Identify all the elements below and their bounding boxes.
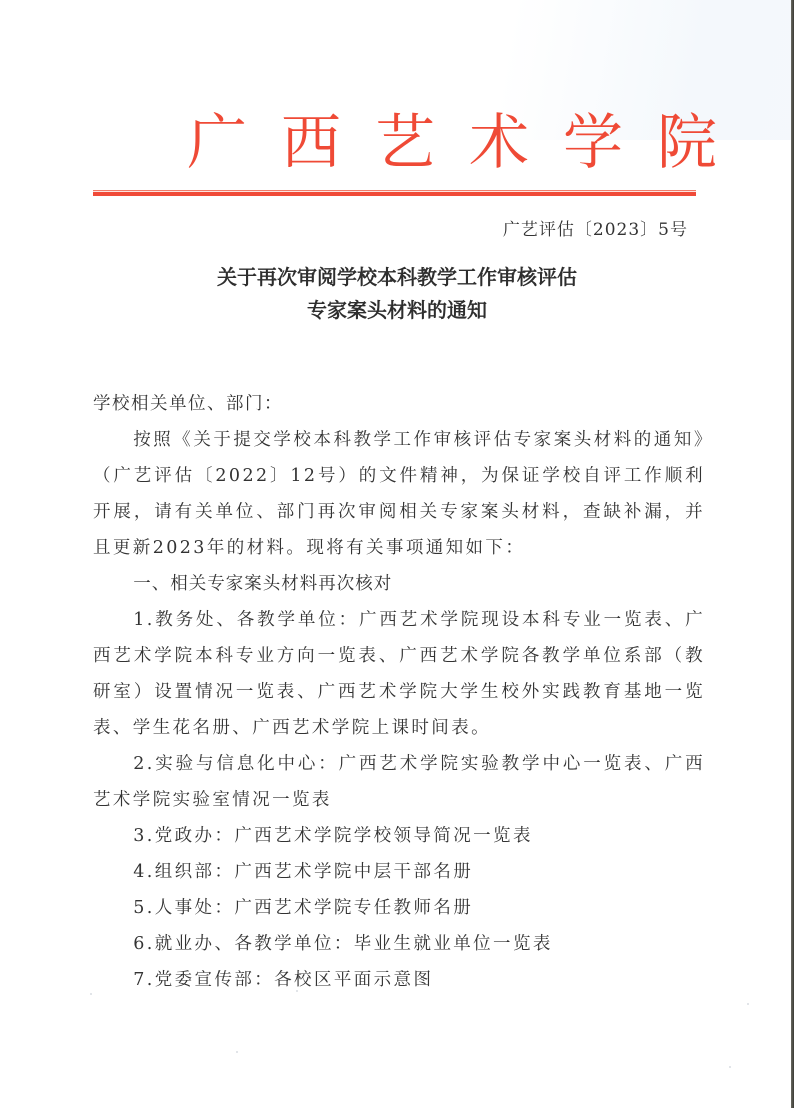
scan-speck xyxy=(90,993,92,995)
section-heading: 一、相关专家案头材料再次核对 xyxy=(93,566,705,602)
institution-name: 广西艺术学院 xyxy=(153,108,751,178)
scan-speck xyxy=(296,990,298,992)
letterhead: 广西艺术学院 xyxy=(93,108,696,178)
list-item: 2.实验与信息化中心：广西艺术学院实验教学中心一览表、广西艺术学院实验室情况一览… xyxy=(93,746,705,818)
document-title-line-2: 专家案头材料的通知 xyxy=(0,294,794,327)
list-item: 4.组织部：广西艺术学院中层干部名册 xyxy=(93,854,705,890)
intro-paragraph: 按照《关于提交学校本科教学工作审核评估专家案头材料的通知》（广艺评估〔2022〕… xyxy=(93,422,705,566)
scan-speck xyxy=(747,1003,749,1005)
list-item: 1.教务处、各教学单位：广西艺术学院现设本科专业一览表、广西艺术学院本科专业方向… xyxy=(93,602,705,746)
salutation: 学校相关单位、部门： xyxy=(93,386,705,422)
document-body: 学校相关单位、部门： 按照《关于提交学校本科教学工作审核评估专家案头材料的通知》… xyxy=(93,386,705,998)
list-item: 6.就业办、各教学单位：毕业生就业单位一览表 xyxy=(93,926,705,962)
list-item: 7.党委宣传部：各校区平面示意图 xyxy=(93,962,705,998)
list-item: 5.人事处：广西艺术学院专任教师名册 xyxy=(93,890,705,926)
document-title-line-1: 关于再次审阅学校本科教学工作审核评估 xyxy=(0,261,794,294)
list-item: 3.党政办：广西艺术学院学校领导简况一览表 xyxy=(93,818,705,854)
scan-speck xyxy=(729,1066,731,1068)
scan-speck xyxy=(236,1051,238,1053)
document-number: 广艺评估〔2023〕5号 xyxy=(503,218,688,242)
letterhead-red-rule xyxy=(93,190,696,196)
rule-thick-line xyxy=(93,192,696,196)
document-title: 关于再次审阅学校本科教学工作审核评估 专家案头材料的通知 xyxy=(0,261,794,327)
